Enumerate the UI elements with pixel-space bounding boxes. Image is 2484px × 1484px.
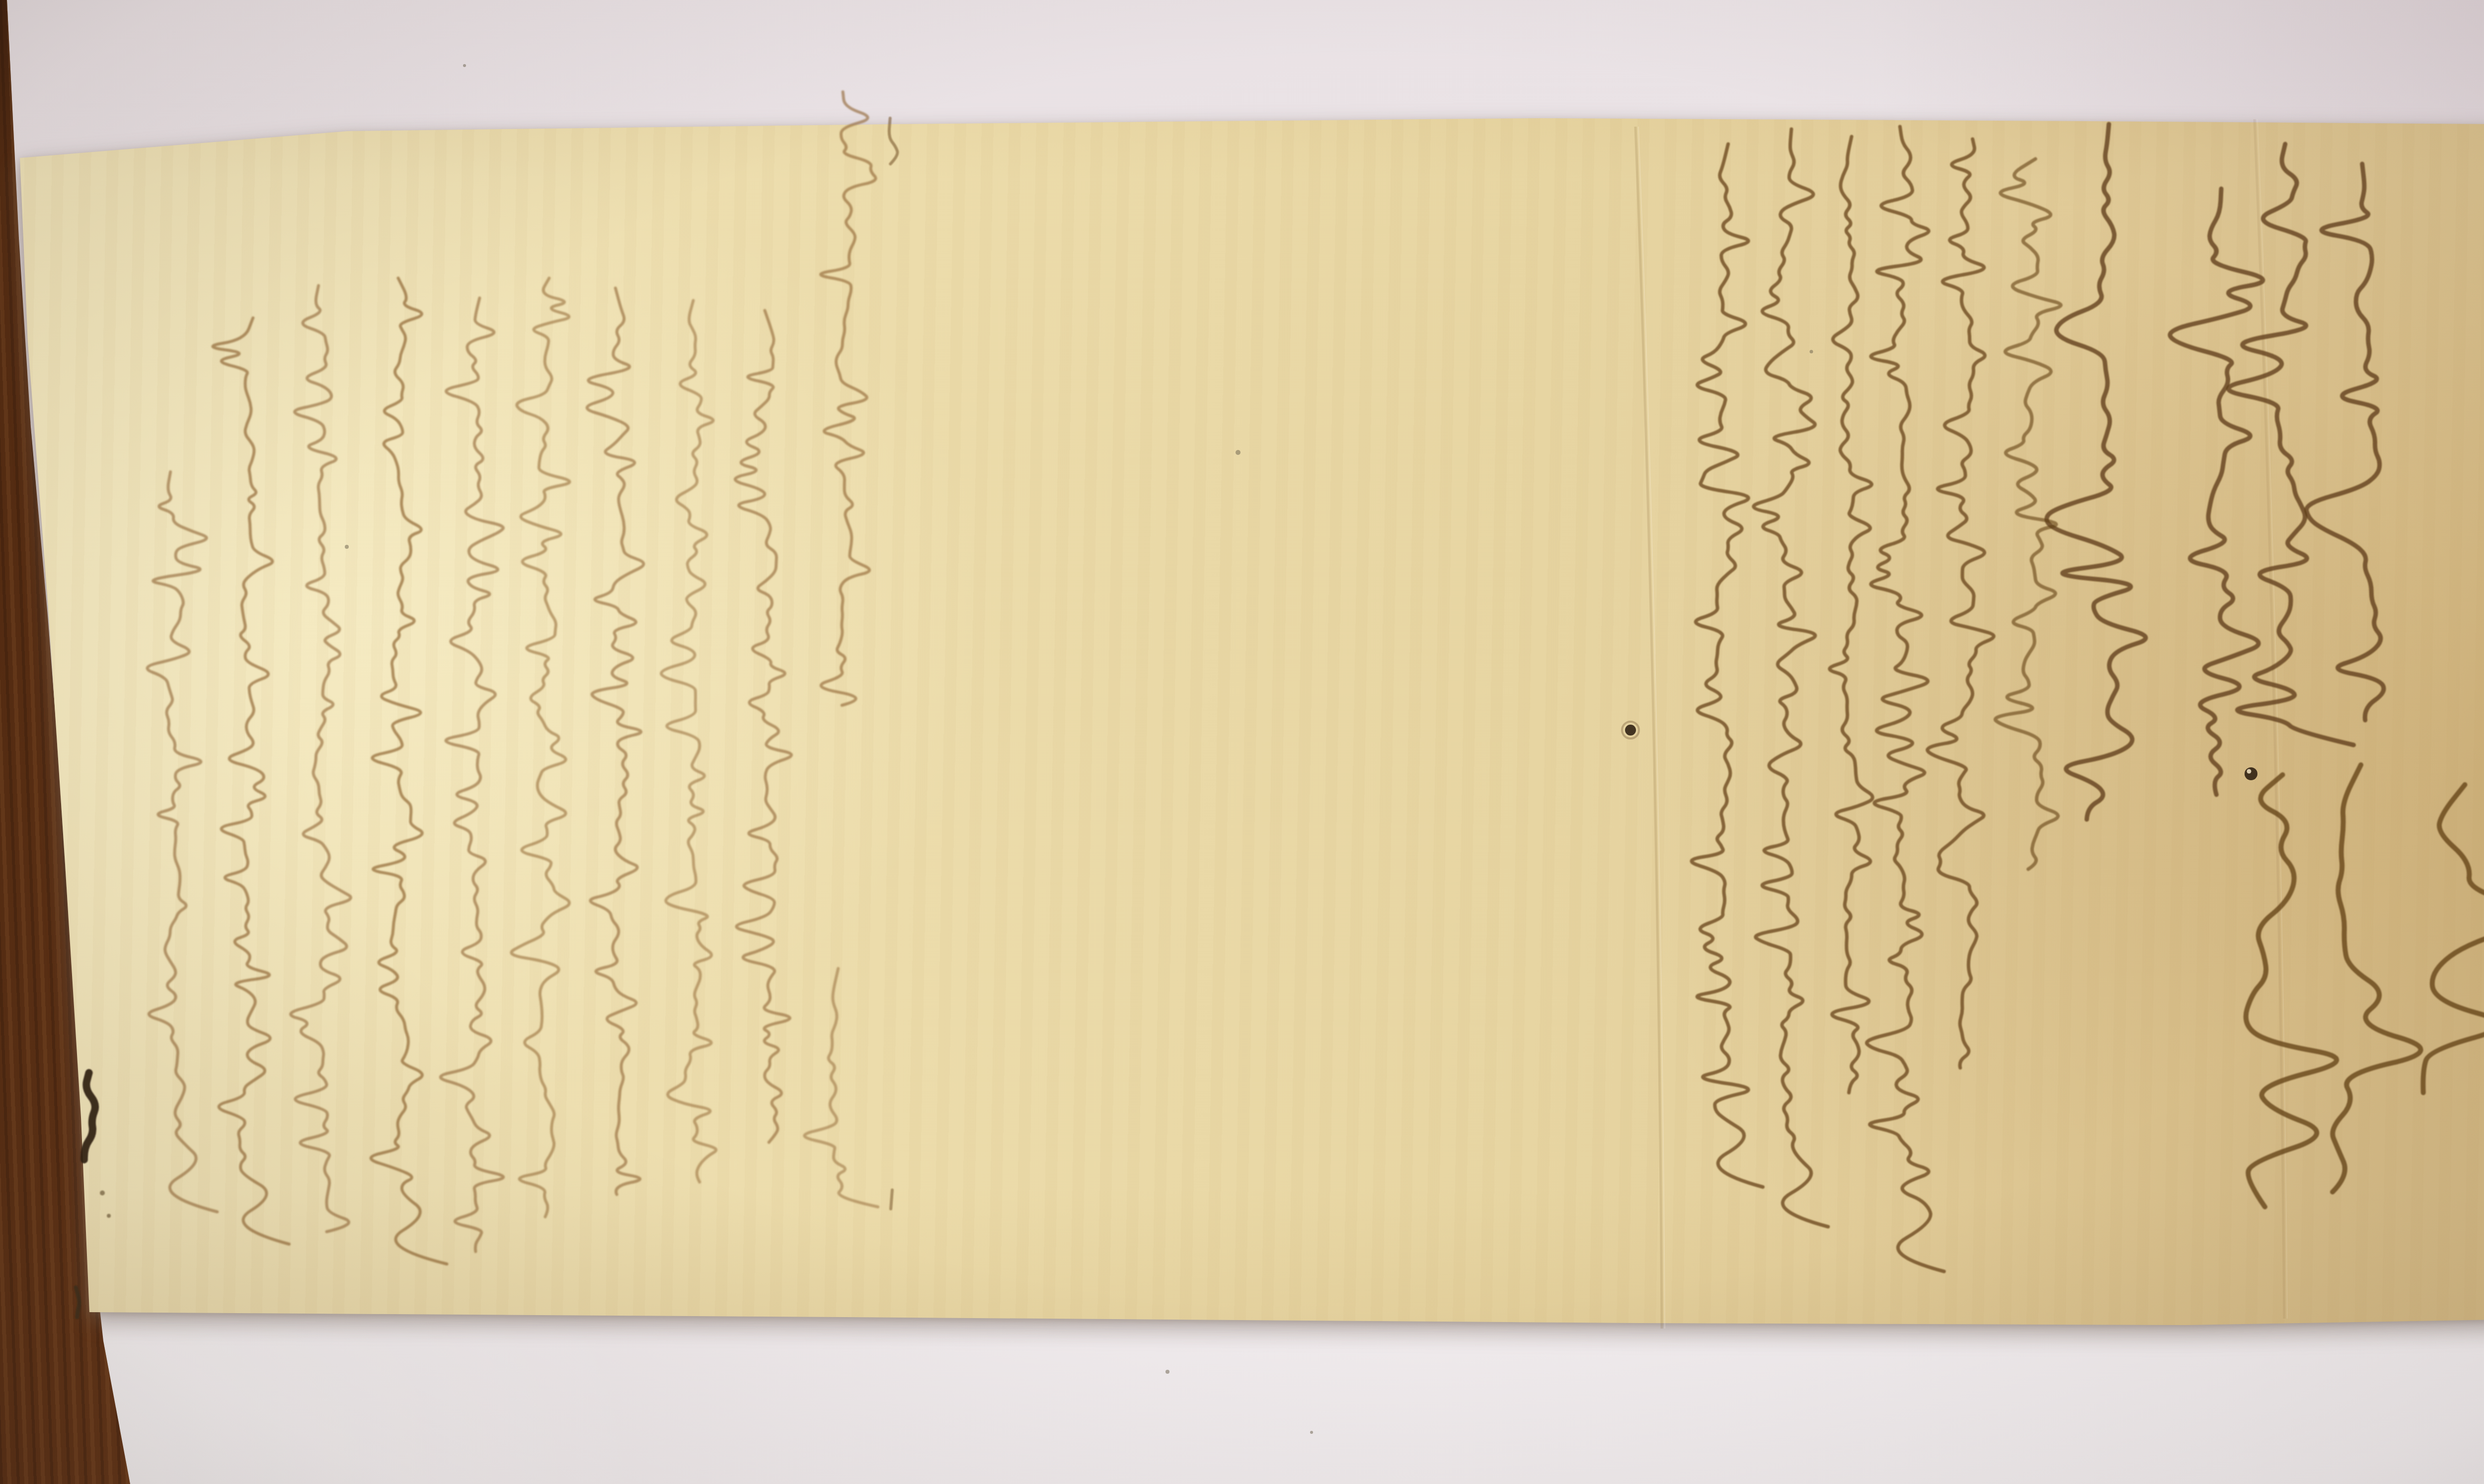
- pin-hole: [1625, 725, 1636, 736]
- right-text-block: [1692, 124, 2484, 1271]
- paper-speck: [463, 64, 466, 67]
- handwriting-line: [661, 300, 716, 1182]
- handwriting-line: [735, 310, 791, 1142]
- paper-speck: [345, 545, 349, 549]
- handwriting-line: [821, 92, 876, 705]
- handwriting-line: [1692, 144, 1763, 1187]
- handwriting-ink-overlay: [0, 0, 2484, 1484]
- photo-scene: Photograph of an early-modern handwritte…: [0, 0, 2484, 1484]
- paper-speck: [1810, 350, 1813, 354]
- handwriting-line: [2423, 785, 2484, 1093]
- handwriting-line: [1928, 139, 1994, 1068]
- paper-speck: [1236, 450, 1241, 455]
- folio-number-mark: [84, 1073, 95, 1160]
- handwriting-line: [2047, 124, 2146, 819]
- handwriting-line: [441, 298, 503, 1252]
- ink-stray-mark: [889, 118, 898, 164]
- paper-speck: [1165, 1370, 1169, 1374]
- handwriting-line: [1830, 137, 1872, 1093]
- pin-hole: [2245, 767, 2257, 780]
- handwriting-line: [2332, 765, 2421, 1192]
- handwriting-line: [148, 472, 218, 1212]
- folio-dot: [107, 1214, 111, 1218]
- ink-stray-mark: [76, 1287, 79, 1317]
- handwriting-line: [1754, 129, 1828, 1227]
- ink-stray-mark: [891, 1190, 892, 1209]
- folio-dot: [100, 1190, 105, 1195]
- left-text-block: [148, 92, 878, 1264]
- handwriting-line: [511, 278, 569, 1217]
- handwriting-line: [213, 318, 289, 1244]
- paper-marks-group: [345, 64, 2484, 1458]
- handwriting-line: [371, 278, 447, 1264]
- handwriting-line: [2246, 775, 2337, 1207]
- handwriting-line: [804, 968, 878, 1207]
- handwriting-line: [291, 286, 351, 1232]
- handwriting-line: [1867, 127, 1944, 1271]
- handwriting-line: [587, 288, 644, 1194]
- handwriting-line: [2307, 164, 2384, 720]
- pin-hole-glint: [2247, 769, 2251, 774]
- paper-speck: [1310, 1431, 1313, 1434]
